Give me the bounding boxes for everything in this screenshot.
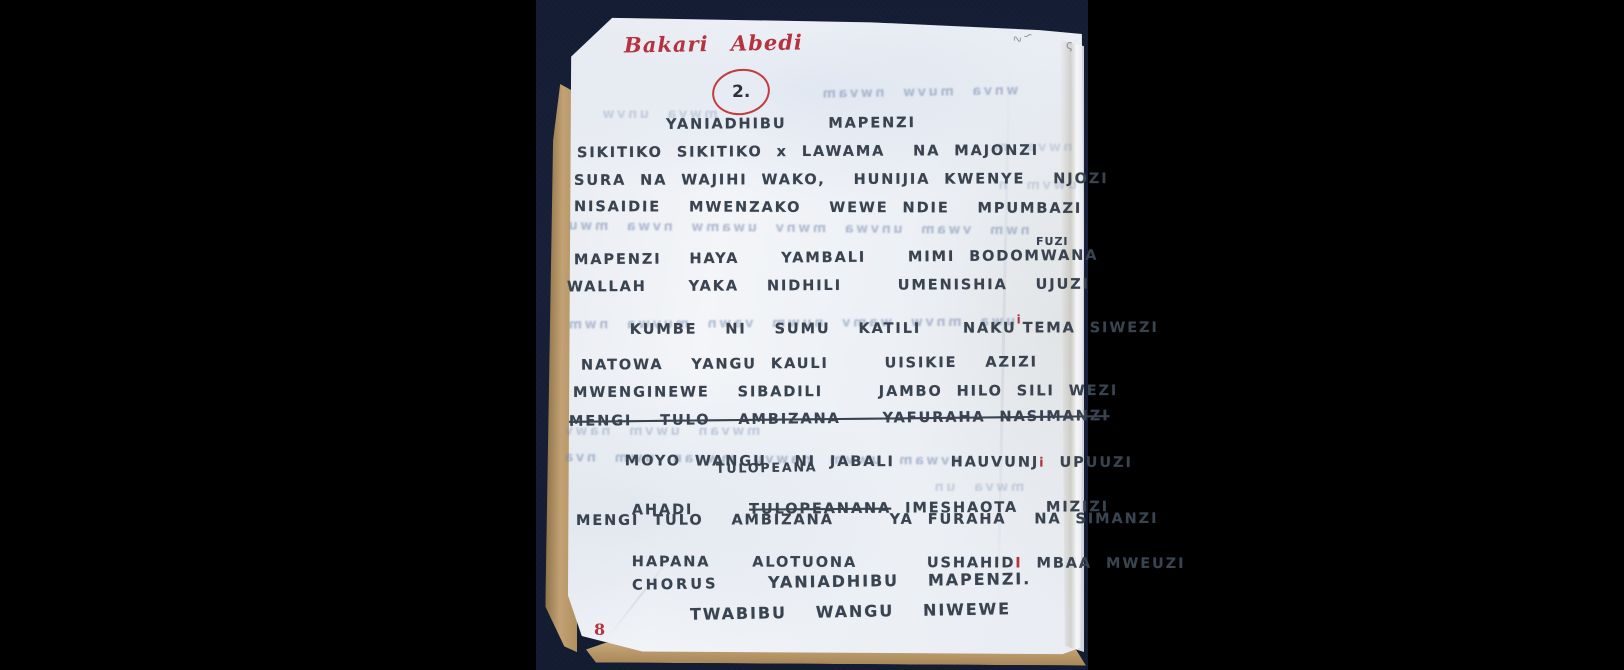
poem-line: MENGI TULO AMBIZANA YA FURAHA NA SIMANZI [576, 511, 1158, 529]
poem-line: NISAIDIE MWENZAKO WEWE NDIE MPUMBAZI [574, 199, 1082, 217]
poem-line: MWENGINEWE SIBADILI JAMBO HILO SILI WEZI [573, 383, 1118, 401]
poem-line: SURA NA WAJIHI WAKO, HUNIJIA KWENYE NJOZ… [574, 171, 1109, 189]
poem-line: WALLAH YAKA NIDHILI UMENISHIA UJUZI [567, 277, 1090, 296]
poem-line: KUMBE NI SUMU KATILI NAKUiTEMA SIWEZI [574, 304, 1159, 354]
poem-line: NATOWA YANGU KAULI UISIKIE AZIZI [581, 354, 1038, 373]
poem-line: MOYO WANGU NI JABALI HAUVUNJi UPUUZI [569, 437, 1133, 487]
inserted-word: TULOPEANA [716, 459, 818, 476]
page-number: 2. [732, 82, 750, 102]
scanned-notebook-photo: wnva muvw nwvam mwva unvw nwm vwam unvwa… [0, 0, 1624, 670]
line-part: UPUUZI [1046, 455, 1133, 471]
line-part: HAPANA ALOTUONA USHAHID [632, 554, 1016, 571]
line-part: MBAA MWEUZI [1023, 555, 1186, 572]
pencil-tick-mark: ς [1066, 38, 1074, 52]
red-correction-letter: i [1017, 312, 1023, 326]
line-part: KUMBE NI SUMU KATILI NAKU [630, 320, 1017, 337]
line-part: MOYO WANGU NI JABALI HAUVUNJ [625, 453, 1039, 470]
superscript-correction: FUZI [1036, 235, 1069, 248]
footer-page-number: 8 [594, 620, 607, 639]
chorus-label: CHORUS [632, 576, 719, 594]
line-part: TEMA SIWEZI [1023, 320, 1159, 336]
author-name: Bakari Abedi [624, 29, 803, 57]
poem-title: YANIADHIBU MAPENZI [666, 115, 916, 133]
poem-line: SIKITIKO SIKITIKO x LAWAMA NA MAJONZI [577, 143, 1039, 161]
chorus-line: YANIADHIBU MAPENZI. [768, 569, 1031, 592]
